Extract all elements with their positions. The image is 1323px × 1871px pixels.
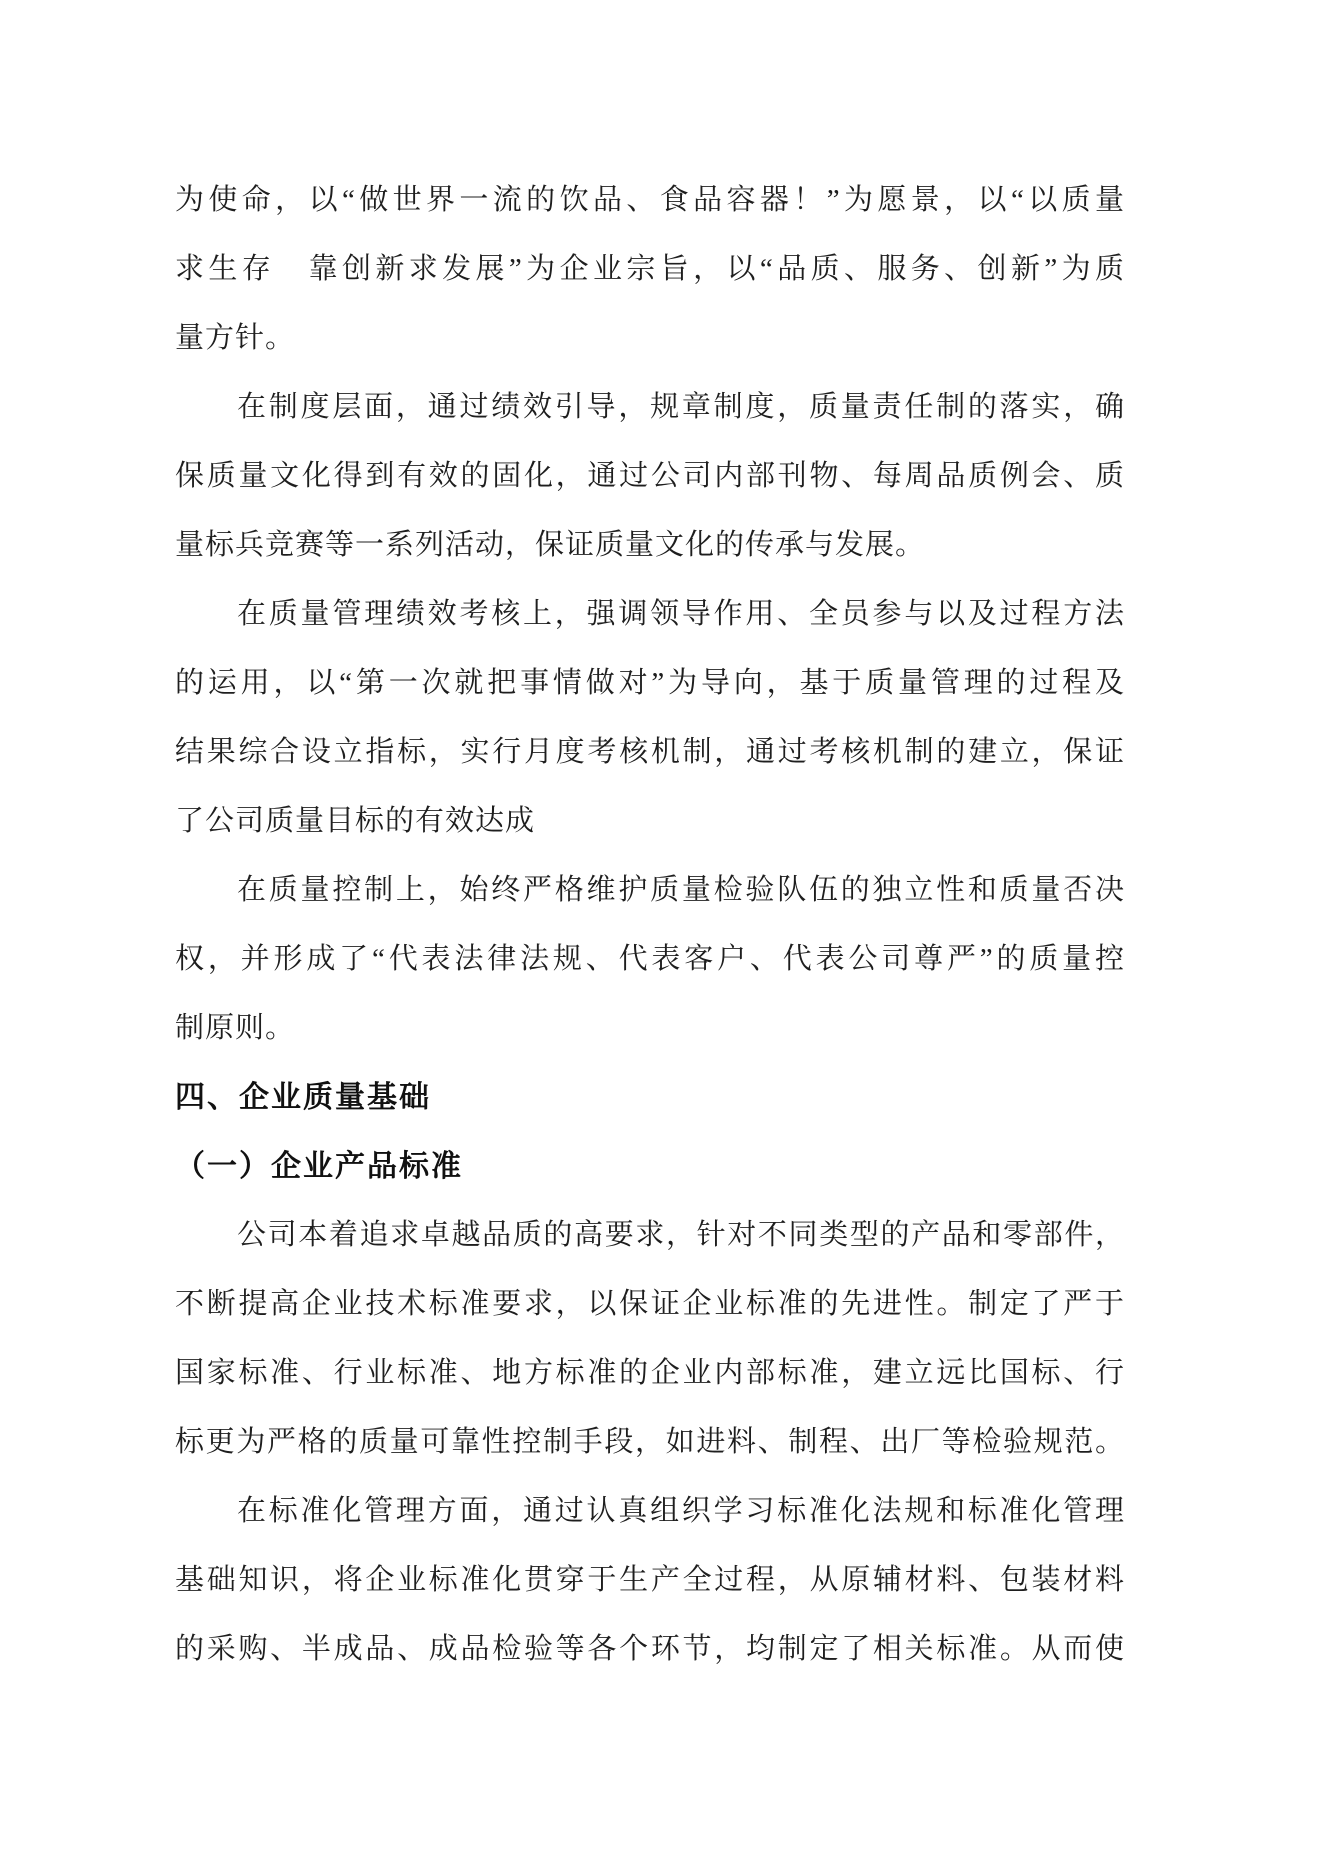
text-line: 制原则。 <box>175 994 1125 1063</box>
text-line: 标更为严格的质量可靠性控制手段，如进料、制程、出厂等检验规范。 <box>175 1408 1125 1477</box>
text-line: 在质量控制上，始终严格维护质量检验队伍的独立性和质量否决 <box>175 856 1125 925</box>
text-line: 的采购、半成品、成品检验等各个环节，均制定了相关标准。从而使 <box>175 1615 1125 1684</box>
text-line: 结果综合设立指标，实行月度考核机制，通过考核机制的建立，保证 <box>175 718 1125 787</box>
page-content: 为使命，以“做世界一流的饮品、食品容器！”为愿景，以“以质量求生存 靠创新求发展… <box>175 166 1125 1684</box>
heading-line: 四、企业质量基础 <box>175 1063 1125 1132</box>
text-line: 公司本着追求卓越品质的高要求，针对不同类型的产品和零部件， <box>175 1201 1125 1270</box>
text-line: 国家标准、行业标准、地方标准的企业内部标准，建立远比国标、行 <box>175 1339 1125 1408</box>
text-line: 量标兵竞赛等一系列活动，保证质量文化的传承与发展。 <box>175 511 1125 580</box>
text-line: 求生存 靠创新求发展”为企业宗旨，以“品质、服务、创新”为质 <box>175 235 1125 304</box>
text-line: 保质量文化得到有效的固化，通过公司内部刊物、每周品质例会、质 <box>175 442 1125 511</box>
text-line: 在标准化管理方面，通过认真组织学习标准化法规和标准化管理 <box>175 1477 1125 1546</box>
text-line: 不断提高企业技术标准要求，以保证企业标准的先进性。制定了严于 <box>175 1270 1125 1339</box>
text-line: 基础知识，将企业标准化贯穿于生产全过程，从原辅材料、包装材料 <box>175 1546 1125 1615</box>
text-line: 在制度层面，通过绩效引导，规章制度，质量责任制的落实，确 <box>175 373 1125 442</box>
text-line: 为使命，以“做世界一流的饮品、食品容器！”为愿景，以“以质量 <box>175 166 1125 235</box>
text-line: 量方针。 <box>175 304 1125 373</box>
text-line: 在质量管理绩效考核上，强调领导作用、全员参与以及过程方法 <box>175 580 1125 649</box>
text-line: 的运用，以“第一次就把事情做对”为导向，基于质量管理的过程及 <box>175 649 1125 718</box>
text-line: 权，并形成了“代表法律法规、代表客户、代表公司尊严”的质量控 <box>175 925 1125 994</box>
heading-line: （一）企业产品标准 <box>175 1132 1125 1201</box>
document-page: 为使命，以“做世界一流的饮品、食品容器！”为愿景，以“以质量求生存 靠创新求发展… <box>0 0 1323 1871</box>
text-line: 了公司质量目标的有效达成 <box>175 787 1125 856</box>
